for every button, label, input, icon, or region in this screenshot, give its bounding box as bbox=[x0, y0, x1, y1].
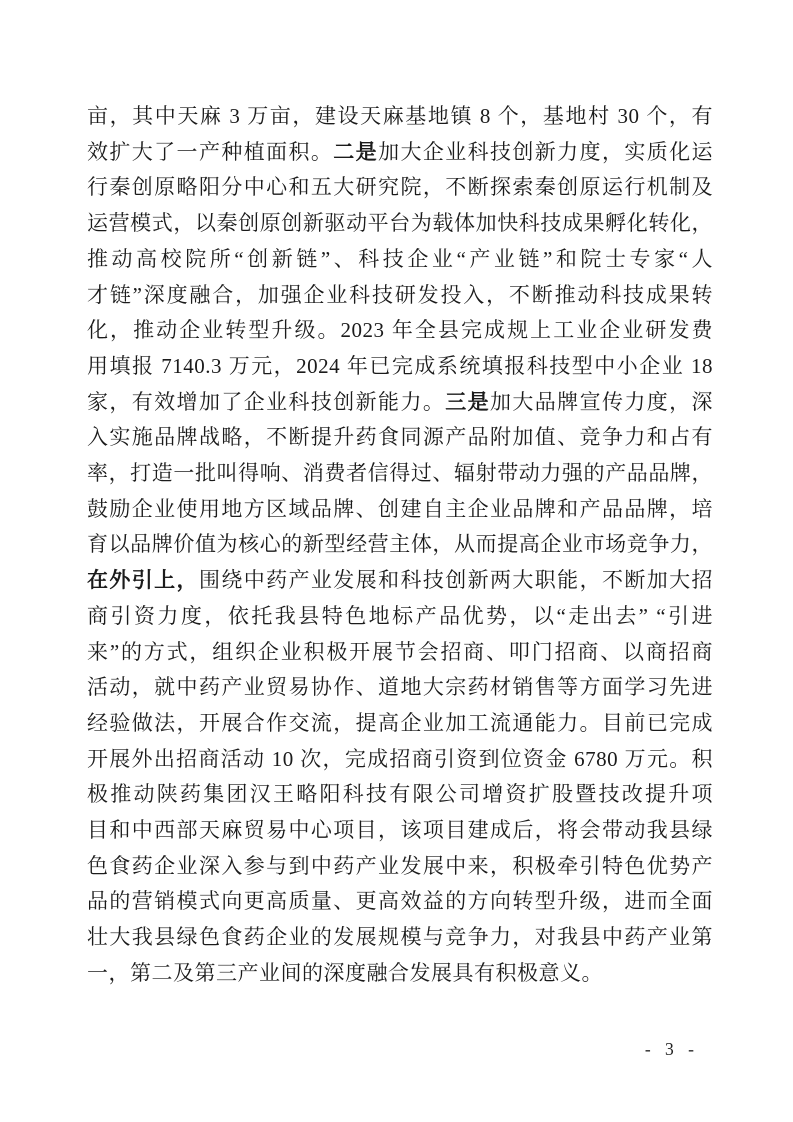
text-line: 用填报 7140.3 万元，2024 年已完成系统填报科技型中小企业 18 bbox=[87, 349, 713, 385]
text-line: 育以品牌价值为核心的新型经营主体，从而提高企业市场竞争力， bbox=[87, 527, 713, 563]
body-text: 行秦创原略阳分中心和五大研究院，不断探索秦创原运行机制及 bbox=[87, 175, 713, 199]
body-text: 育以品牌价值为核心的新型经营主体，从而提高企业市场竞争力， bbox=[87, 532, 713, 556]
text-line: 行秦创原略阳分中心和五大研究院，不断探索秦创原运行机制及 bbox=[87, 170, 713, 206]
body-text: 推动高校院所“创新链”、科技企业“产业链”和院士专家“人 bbox=[87, 247, 713, 271]
body-text: 才链”深度融合，加强企业科技研发投入，不断推动科技成果转 bbox=[87, 283, 713, 307]
body-text: 加大品牌宣传力度，深 bbox=[490, 390, 713, 414]
body-text: 用填报 7140.3 万元，2024 年已完成系统填报科技型中小企业 18 bbox=[87, 354, 713, 378]
text-line: 在外引上，围绕中药产业发展和科技创新两大职能，不断加大招 bbox=[87, 563, 713, 599]
text-line: 经验做法，开展合作交流，提高企业加工流通能力。目前已完成 bbox=[87, 706, 713, 742]
text-line: 品的营销模式向更高质量、更高效益的方向转型升级，进而全面 bbox=[87, 884, 713, 920]
body-text: 鼓励企业使用地方区域品牌、创建自主企业品牌和产品品牌，培 bbox=[87, 497, 713, 521]
body-text: 商引资力度，依托我县特色地标产品优势，以“走出去” “引进 bbox=[87, 604, 713, 628]
body-text: 率，打造一批叫得响、消费者信得过、辐射带动力强的产品品牌， bbox=[87, 461, 713, 485]
body-text: 目和中西部天麻贸易中心项目，该项目建成后，将会带动我县绿 bbox=[87, 818, 713, 842]
body-text: 围绕中药产业发展和科技创新两大职能，不断加大招 bbox=[199, 568, 713, 592]
body-text: 经验做法，开展合作交流，提高企业加工流通能力。目前已完成 bbox=[87, 711, 713, 735]
body-text: 来”的方式，组织企业积极开展节会招商、叩门招商、以商招商 bbox=[87, 640, 713, 664]
body-text: 运营模式，以秦创原创新驱动平台为载体加快科技成果孵化转化， bbox=[87, 211, 713, 235]
text-line: 亩，其中天麻 3 万亩，建设天麻基地镇 8 个，基地村 30 个，有 bbox=[87, 99, 713, 135]
body-text: 品的营销模式向更高质量、更高效益的方向转型升级，进而全面 bbox=[87, 889, 713, 913]
text-line: 家，有效增加了企业科技创新能力。三是加大品牌宣传力度，深 bbox=[87, 385, 713, 421]
emphasis-text: 二是 bbox=[333, 140, 378, 164]
body-text: 化，推动企业转型升级。2023 年全县完成规上工业企业研发费 bbox=[87, 318, 713, 342]
text-line: 效扩大了一产种植面积。二是加大企业科技创新力度，实质化运 bbox=[87, 135, 713, 171]
body-text: 加大企业科技创新力度，实质化运 bbox=[378, 140, 713, 164]
body-text: 一，第二及第三产业间的深度融合发展具有积极意义。 bbox=[87, 961, 603, 985]
text-line: 推动高校院所“创新链”、科技企业“产业链”和院士专家“人 bbox=[87, 242, 713, 278]
body-text: 开展外出招商活动 10 次，完成招商引资到位资金 6780 万元。积 bbox=[87, 747, 713, 771]
emphasis-text: 在外引上， bbox=[87, 568, 199, 592]
text-line: 壮大我县绿色食药企业的发展规模与竞争力，对我县中药产业第 bbox=[87, 920, 713, 956]
text-line: 率，打造一批叫得响、消费者信得过、辐射带动力强的产品品牌， bbox=[87, 456, 713, 492]
text-line: 商引资力度，依托我县特色地标产品优势，以“走出去” “引进 bbox=[87, 599, 713, 635]
body-text: 入实施品牌战略，不断提升药食同源产品附加值、竞争力和占有 bbox=[87, 425, 713, 449]
text-line: 活动，就中药产业贸易协作、道地大宗药材销售等方面学习先进 bbox=[87, 670, 713, 706]
body-text: 效扩大了一产种植面积。 bbox=[87, 140, 333, 164]
text-line: 色食药企业深入参与到中药产业发展中来，积极牵引特色优势产 bbox=[87, 849, 713, 885]
text-line: 一，第二及第三产业间的深度融合发展具有积极意义。 bbox=[87, 956, 713, 992]
text-line: 目和中西部天麻贸易中心项目，该项目建成后，将会带动我县绿 bbox=[87, 813, 713, 849]
emphasis-text: 三是 bbox=[445, 390, 490, 414]
body-text: 色食药企业深入参与到中药产业发展中来，积极牵引特色优势产 bbox=[87, 854, 713, 878]
body-text: 极推动陕药集团汉王略阳科技有限公司增资扩股暨技改提升项 bbox=[87, 782, 713, 806]
text-line: 入实施品牌战略，不断提升药食同源产品附加值、竞争力和占有 bbox=[87, 420, 713, 456]
document-body: 亩，其中天麻 3 万亩，建设天麻基地镇 8 个，基地村 30 个，有效扩大了一产… bbox=[87, 99, 713, 992]
text-line: 化，推动企业转型升级。2023 年全县完成规上工业企业研发费 bbox=[87, 313, 713, 349]
body-text: 壮大我县绿色食药企业的发展规模与竞争力，对我县中药产业第 bbox=[87, 925, 713, 949]
text-line: 鼓励企业使用地方区域品牌、创建自主企业品牌和产品品牌，培 bbox=[87, 492, 713, 528]
page-number: - 3 - bbox=[645, 1038, 699, 1060]
text-line: 来”的方式，组织企业积极开展节会招商、叩门招商、以商招商 bbox=[87, 635, 713, 671]
text-line: 运营模式，以秦创原创新驱动平台为载体加快科技成果孵化转化， bbox=[87, 206, 713, 242]
text-line: 开展外出招商活动 10 次，完成招商引资到位资金 6780 万元。积 bbox=[87, 742, 713, 778]
document-page: 亩，其中天麻 3 万亩，建设天麻基地镇 8 个，基地村 30 个，有效扩大了一产… bbox=[0, 0, 793, 1122]
text-line: 极推动陕药集团汉王略阳科技有限公司增资扩股暨技改提升项 bbox=[87, 777, 713, 813]
text-line: 才链”深度融合，加强企业科技研发投入，不断推动科技成果转 bbox=[87, 278, 713, 314]
body-text: 亩，其中天麻 3 万亩，建设天麻基地镇 8 个，基地村 30 个，有 bbox=[87, 104, 713, 128]
body-text: 活动，就中药产业贸易协作、道地大宗药材销售等方面学习先进 bbox=[87, 675, 713, 699]
body-text: 家，有效增加了企业科技创新能力。 bbox=[87, 390, 445, 414]
